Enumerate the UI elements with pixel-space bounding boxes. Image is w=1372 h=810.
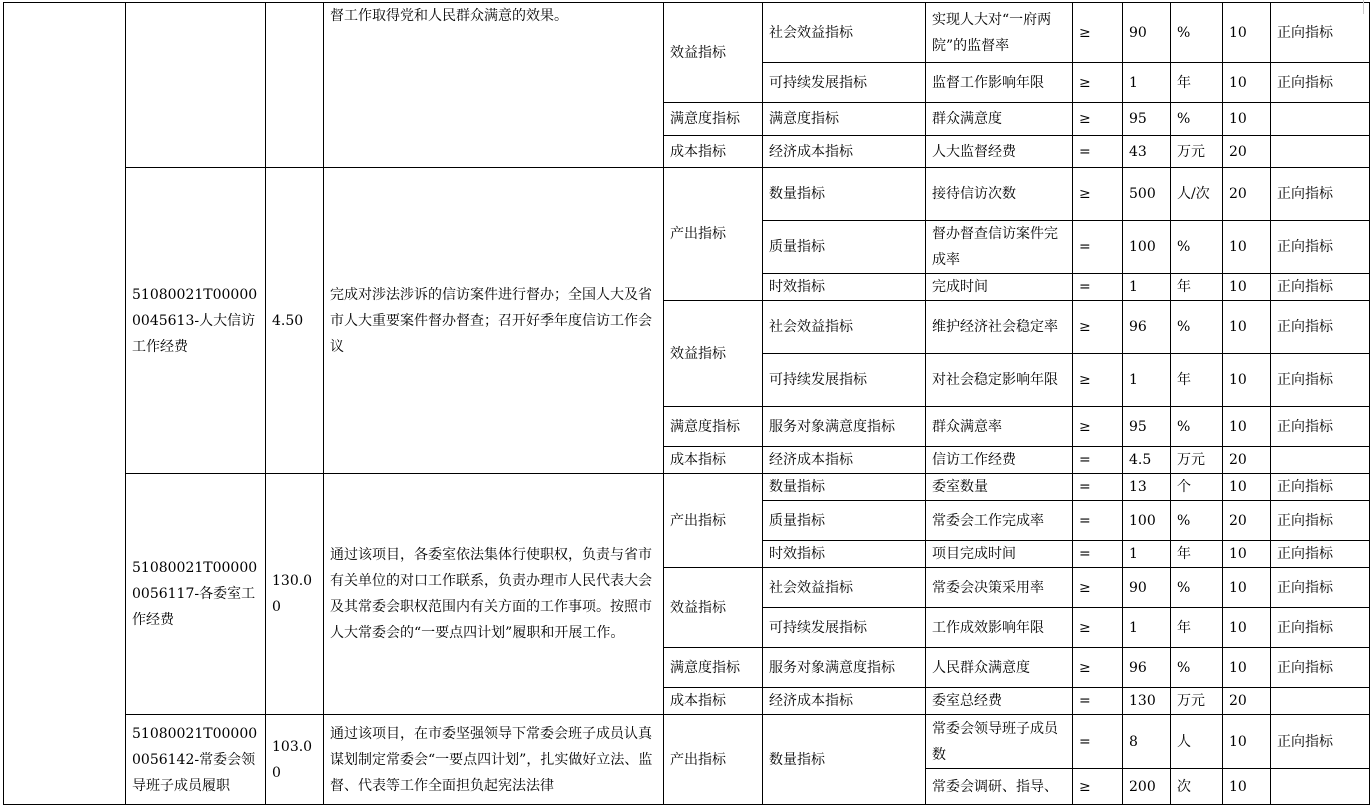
indicator-name: 委室数量 (926, 474, 1073, 501)
indicator-unit: % (1171, 407, 1223, 447)
indicator-weight: 20 (1223, 168, 1271, 221)
indicator-value: 500 (1123, 168, 1171, 221)
project-amount: 103.00 (266, 715, 324, 805)
indicator-direction: 正向指标 (1271, 63, 1370, 103)
project-description: 督工作取得党和人民群众满意的效果。 (324, 3, 664, 168)
indicator-direction: 正向指标 (1271, 301, 1370, 354)
indicator-weight: 10 (1223, 541, 1271, 568)
indicator-unit: 年 (1171, 63, 1223, 103)
indicator-weight: 20 (1223, 136, 1271, 168)
indicator-value: 4.5 (1123, 447, 1171, 474)
indicator-weight: 10 (1223, 103, 1271, 136)
indicator-value: 90 (1123, 3, 1171, 63)
indicator-level1: 满意度指标 (664, 103, 763, 136)
table-row: 督工作取得党和人民群众满意的效果。 效益指标 社会效益指标 实现人大对“一府两院… (4, 3, 1370, 63)
indicator-value: 95 (1123, 407, 1171, 447)
indicator-level1: 产出指标 (664, 715, 763, 805)
indicator-direction: 正向指标 (1271, 648, 1370, 688)
indicator-operator: ≥ (1073, 354, 1123, 407)
page-edge-mark (1363, 0, 1372, 14)
project-code-name: 51080021T000000056117-各委室工作经费 (126, 474, 266, 715)
indicator-level2: 服务对象满意度指标 (763, 648, 926, 688)
indicator-name: 常委会调研、指导、 (926, 769, 1073, 805)
indicator-weight: 10 (1223, 648, 1271, 688)
indicator-name: 对社会稳定影响年限 (926, 354, 1073, 407)
indicator-value: 1 (1123, 541, 1171, 568)
indicator-operator: = (1073, 447, 1123, 474)
indicator-operator: ≥ (1073, 63, 1123, 103)
indicator-value: 13 (1123, 474, 1171, 501)
indicator-operator: = (1073, 541, 1123, 568)
indicator-operator: ≥ (1073, 301, 1123, 354)
indicator-operator: ≥ (1073, 648, 1123, 688)
indicator-operator: ≥ (1073, 168, 1123, 221)
indicator-unit: % (1171, 648, 1223, 688)
project-code-name: 51080021T000000045613-人大信访工作经费 (126, 168, 266, 474)
indicator-value: 95 (1123, 103, 1171, 136)
indicator-unit: % (1171, 221, 1223, 274)
project-code-name: 51080021T000000056142-常委会领导班子成员履职 (126, 715, 266, 805)
table-row: 51080021T000000045613-人大信访工作经费 4.50 完成对涉… (4, 168, 1370, 221)
indicator-name: 监督工作影响年限 (926, 63, 1073, 103)
project-amount-cell (266, 3, 324, 168)
indicator-weight: 20 (1223, 447, 1271, 474)
indicator-unit: % (1171, 301, 1223, 354)
indicator-weight: 10 (1223, 568, 1271, 608)
indicator-operator: ≥ (1073, 608, 1123, 648)
indicator-weight: 10 (1223, 274, 1271, 301)
performance-indicator-table: 督工作取得党和人民群众满意的效果。 效益指标 社会效益指标 实现人大对“一府两院… (3, 2, 1370, 805)
indicator-operator: = (1073, 274, 1123, 301)
indicator-name: 群众满意率 (926, 407, 1073, 447)
indicator-weight: 10 (1223, 769, 1271, 805)
indicator-name: 常委会工作完成率 (926, 501, 1073, 541)
indicator-direction (1271, 769, 1370, 805)
indicator-name: 实现人大对“一府两院”的监督率 (926, 3, 1073, 63)
indicator-level2: 经济成本指标 (763, 447, 926, 474)
indicator-operator: = (1073, 501, 1123, 541)
indicator-level2: 社会效益指标 (763, 3, 926, 63)
indicator-weight: 10 (1223, 715, 1271, 769)
indicator-unit: 人/次 (1171, 168, 1223, 221)
indicator-level2: 可持续发展指标 (763, 608, 926, 648)
indicator-operator: = (1073, 136, 1123, 168)
indicator-unit: % (1171, 3, 1223, 63)
indicator-level2: 服务对象满意度指标 (763, 407, 926, 447)
department-cell (4, 3, 126, 805)
indicator-name: 常委会决策采用率 (926, 568, 1073, 608)
table-row: 51080021T000000056117-各委室工作经费 130.00 通过该… (4, 474, 1370, 501)
indicator-unit: % (1171, 568, 1223, 608)
indicator-operator: ≥ (1073, 769, 1123, 805)
indicator-level1: 效益指标 (664, 3, 763, 103)
project-amount: 4.50 (266, 168, 324, 474)
indicator-weight: 10 (1223, 63, 1271, 103)
indicator-name: 接待信访次数 (926, 168, 1073, 221)
indicator-weight: 10 (1223, 407, 1271, 447)
indicator-level1: 产出指标 (664, 474, 763, 568)
indicator-weight: 10 (1223, 301, 1271, 354)
indicator-operator: = (1073, 688, 1123, 715)
indicator-unit: % (1171, 501, 1223, 541)
indicator-unit: 万元 (1171, 688, 1223, 715)
indicator-level2: 可持续发展指标 (763, 354, 926, 407)
indicator-direction (1271, 688, 1370, 715)
indicator-weight: 10 (1223, 474, 1271, 501)
indicator-direction: 正向指标 (1271, 221, 1370, 274)
indicator-level2: 数量指标 (763, 474, 926, 501)
indicator-name: 督办督查信访案件完成率 (926, 221, 1073, 274)
indicator-weight: 10 (1223, 608, 1271, 648)
indicator-direction (1271, 447, 1370, 474)
indicator-unit: 万元 (1171, 136, 1223, 168)
indicator-name: 工作成效影响年限 (926, 608, 1073, 648)
indicator-value: 100 (1123, 501, 1171, 541)
indicator-direction: 正向指标 (1271, 541, 1370, 568)
indicator-name: 群众满意度 (926, 103, 1073, 136)
indicator-unit: % (1171, 103, 1223, 136)
indicator-level1: 成本指标 (664, 136, 763, 168)
table-row: 51080021T000000056142-常委会领导班子成员履职 103.00… (4, 715, 1370, 769)
project-description: 完成对涉法涉诉的信访案件进行督办；全国人大及省市人大重要案件督办督查；召开好季年… (324, 168, 664, 474)
indicator-unit: 年 (1171, 354, 1223, 407)
indicator-value: 100 (1123, 221, 1171, 274)
indicator-weight: 10 (1223, 221, 1271, 274)
indicator-operator: = (1073, 221, 1123, 274)
indicator-weight: 20 (1223, 688, 1271, 715)
indicator-value: 1 (1123, 274, 1171, 301)
indicator-value: 200 (1123, 769, 1171, 805)
indicator-unit: 人 (1171, 715, 1223, 769)
indicator-direction: 正向指标 (1271, 568, 1370, 608)
indicator-operator: ≥ (1073, 568, 1123, 608)
indicator-direction (1271, 136, 1370, 168)
indicator-level1: 成本指标 (664, 447, 763, 474)
indicator-level2: 经济成本指标 (763, 688, 926, 715)
project-description: 通过该项目，在市委坚强领导下常委会班子成员认真谋划制定常委会“一要点四计划”，扎… (324, 715, 664, 805)
indicator-weight: 20 (1223, 501, 1271, 541)
indicator-operator: ≥ (1073, 407, 1123, 447)
indicator-value: 96 (1123, 648, 1171, 688)
indicator-direction (1271, 103, 1370, 136)
indicator-value: 1 (1123, 354, 1171, 407)
indicator-level1: 满意度指标 (664, 407, 763, 447)
indicator-unit: 个 (1171, 474, 1223, 501)
indicator-value: 1 (1123, 608, 1171, 648)
indicator-operator: ≥ (1073, 103, 1123, 136)
indicator-name: 常委会领导班子成员数 (926, 715, 1073, 769)
indicator-level1: 效益指标 (664, 568, 763, 648)
indicator-level1: 效益指标 (664, 301, 763, 407)
indicator-name: 人大监督经费 (926, 136, 1073, 168)
indicator-level1: 成本指标 (664, 688, 763, 715)
indicator-direction: 正向指标 (1271, 608, 1370, 648)
indicator-level2: 质量指标 (763, 501, 926, 541)
indicator-direction: 正向指标 (1271, 715, 1370, 769)
indicator-value: 90 (1123, 568, 1171, 608)
indicator-level1: 满意度指标 (664, 648, 763, 688)
indicator-unit: 年 (1171, 608, 1223, 648)
project-description: 通过该项目，各委室依法集体行使职权，负责与省市有关单位的对口工作联系，负责办理市… (324, 474, 664, 715)
indicator-unit: 万元 (1171, 447, 1223, 474)
project-amount: 130.00 (266, 474, 324, 715)
indicator-name: 信访工作经费 (926, 447, 1073, 474)
indicator-unit: 年 (1171, 541, 1223, 568)
indicator-operator: = (1073, 474, 1123, 501)
indicator-level2: 质量指标 (763, 221, 926, 274)
indicator-level2: 满意度指标 (763, 103, 926, 136)
indicator-direction: 正向指标 (1271, 501, 1370, 541)
indicator-level2: 社会效益指标 (763, 568, 926, 608)
indicator-name: 维护经济社会稳定率 (926, 301, 1073, 354)
indicator-weight: 10 (1223, 354, 1271, 407)
indicator-level2: 时效指标 (763, 274, 926, 301)
indicator-direction: 正向指标 (1271, 354, 1370, 407)
indicator-value: 96 (1123, 301, 1171, 354)
indicator-weight: 10 (1223, 3, 1271, 63)
indicator-name: 委室总经费 (926, 688, 1073, 715)
indicator-level2: 可持续发展指标 (763, 63, 926, 103)
indicator-level2: 经济成本指标 (763, 136, 926, 168)
indicator-direction: 正向指标 (1271, 168, 1370, 221)
indicator-value: 1 (1123, 63, 1171, 103)
indicator-name: 项目完成时间 (926, 541, 1073, 568)
indicator-level2: 数量指标 (763, 715, 926, 805)
indicator-operator: ≥ (1073, 3, 1123, 63)
project-code-cell (126, 3, 266, 168)
indicator-name: 完成时间 (926, 274, 1073, 301)
indicator-value: 43 (1123, 136, 1171, 168)
indicator-name: 人民群众满意度 (926, 648, 1073, 688)
indicator-direction: 正向指标 (1271, 3, 1370, 63)
indicator-direction: 正向指标 (1271, 474, 1370, 501)
indicator-direction: 正向指标 (1271, 407, 1370, 447)
indicator-level1: 产出指标 (664, 168, 763, 301)
indicator-level2: 社会效益指标 (763, 301, 926, 354)
indicator-level2: 时效指标 (763, 541, 926, 568)
indicator-value: 8 (1123, 715, 1171, 769)
indicator-unit: 次 (1171, 769, 1223, 805)
indicator-level2: 数量指标 (763, 168, 926, 221)
indicator-direction: 正向指标 (1271, 274, 1370, 301)
indicator-operator: = (1073, 715, 1123, 769)
indicator-value: 130 (1123, 688, 1171, 715)
indicator-unit: 年 (1171, 274, 1223, 301)
